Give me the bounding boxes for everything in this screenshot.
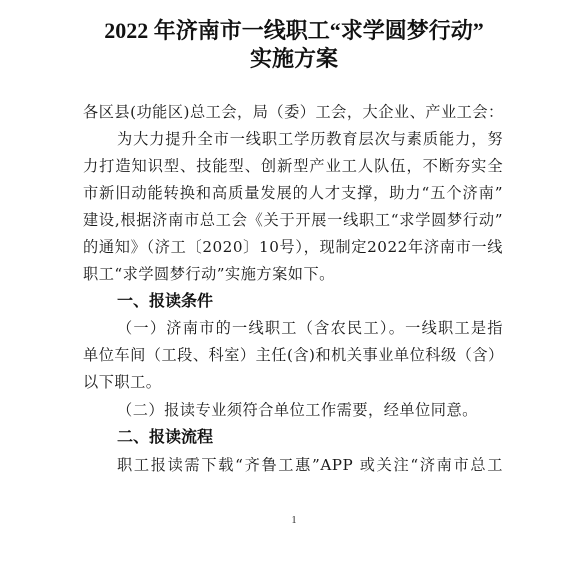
paragraph-line: 力打造知识型、技能型、创新型产业工人队伍，不断夯实全: [83, 156, 503, 176]
document-title-subtitle: 实施方案: [0, 42, 588, 73]
page-number: 1: [0, 515, 588, 526]
salutation: 各区县(功能区)总工会，局（委）工会，大企业、产业工会：: [83, 102, 503, 122]
paragraph-line: 以下职工。: [83, 372, 503, 392]
paragraph-line: （一）济南市的一线职工（含农民工）。一线职工是指: [117, 318, 503, 338]
document-title: 2022 年济南市一线职工“求学圆梦行动”: [0, 14, 588, 45]
document-page: 2022 年济南市一线职工“求学圆梦行动” 实施方案 各区县(功能区)总工会，局…: [0, 0, 588, 584]
section-heading-conditions: 一、报读条件: [117, 291, 213, 311]
paragraph-line: 职工报读需下载“齐鲁工惠”APP 或关注“济南市总工: [117, 455, 503, 475]
paragraph-line: 职工“求学圆梦行动”实施方案如下。: [83, 264, 503, 284]
section-heading-process: 二、报读流程: [117, 427, 213, 447]
paragraph-line: 建设,根据济南市总工会《关于开展一线职工“求学圆梦行动”: [83, 210, 503, 230]
paragraph-line: （二）报读专业须符合单位工作需要，经单位同意。: [117, 400, 503, 420]
paragraph-line: 单位车间（工段、科室）主任(含)和机关事业单位科级（含）: [83, 345, 503, 365]
paragraph-line: 为大力提升全市一线职工学历教育层次与素质能力，努: [117, 129, 503, 149]
paragraph-line: 的通知》（济工〔2020〕10号），现制定2022年济南市一线: [83, 237, 503, 257]
paragraph-line: 市新旧动能转换和高质量发展的人才支撑，助力“五个济南”: [83, 183, 503, 203]
